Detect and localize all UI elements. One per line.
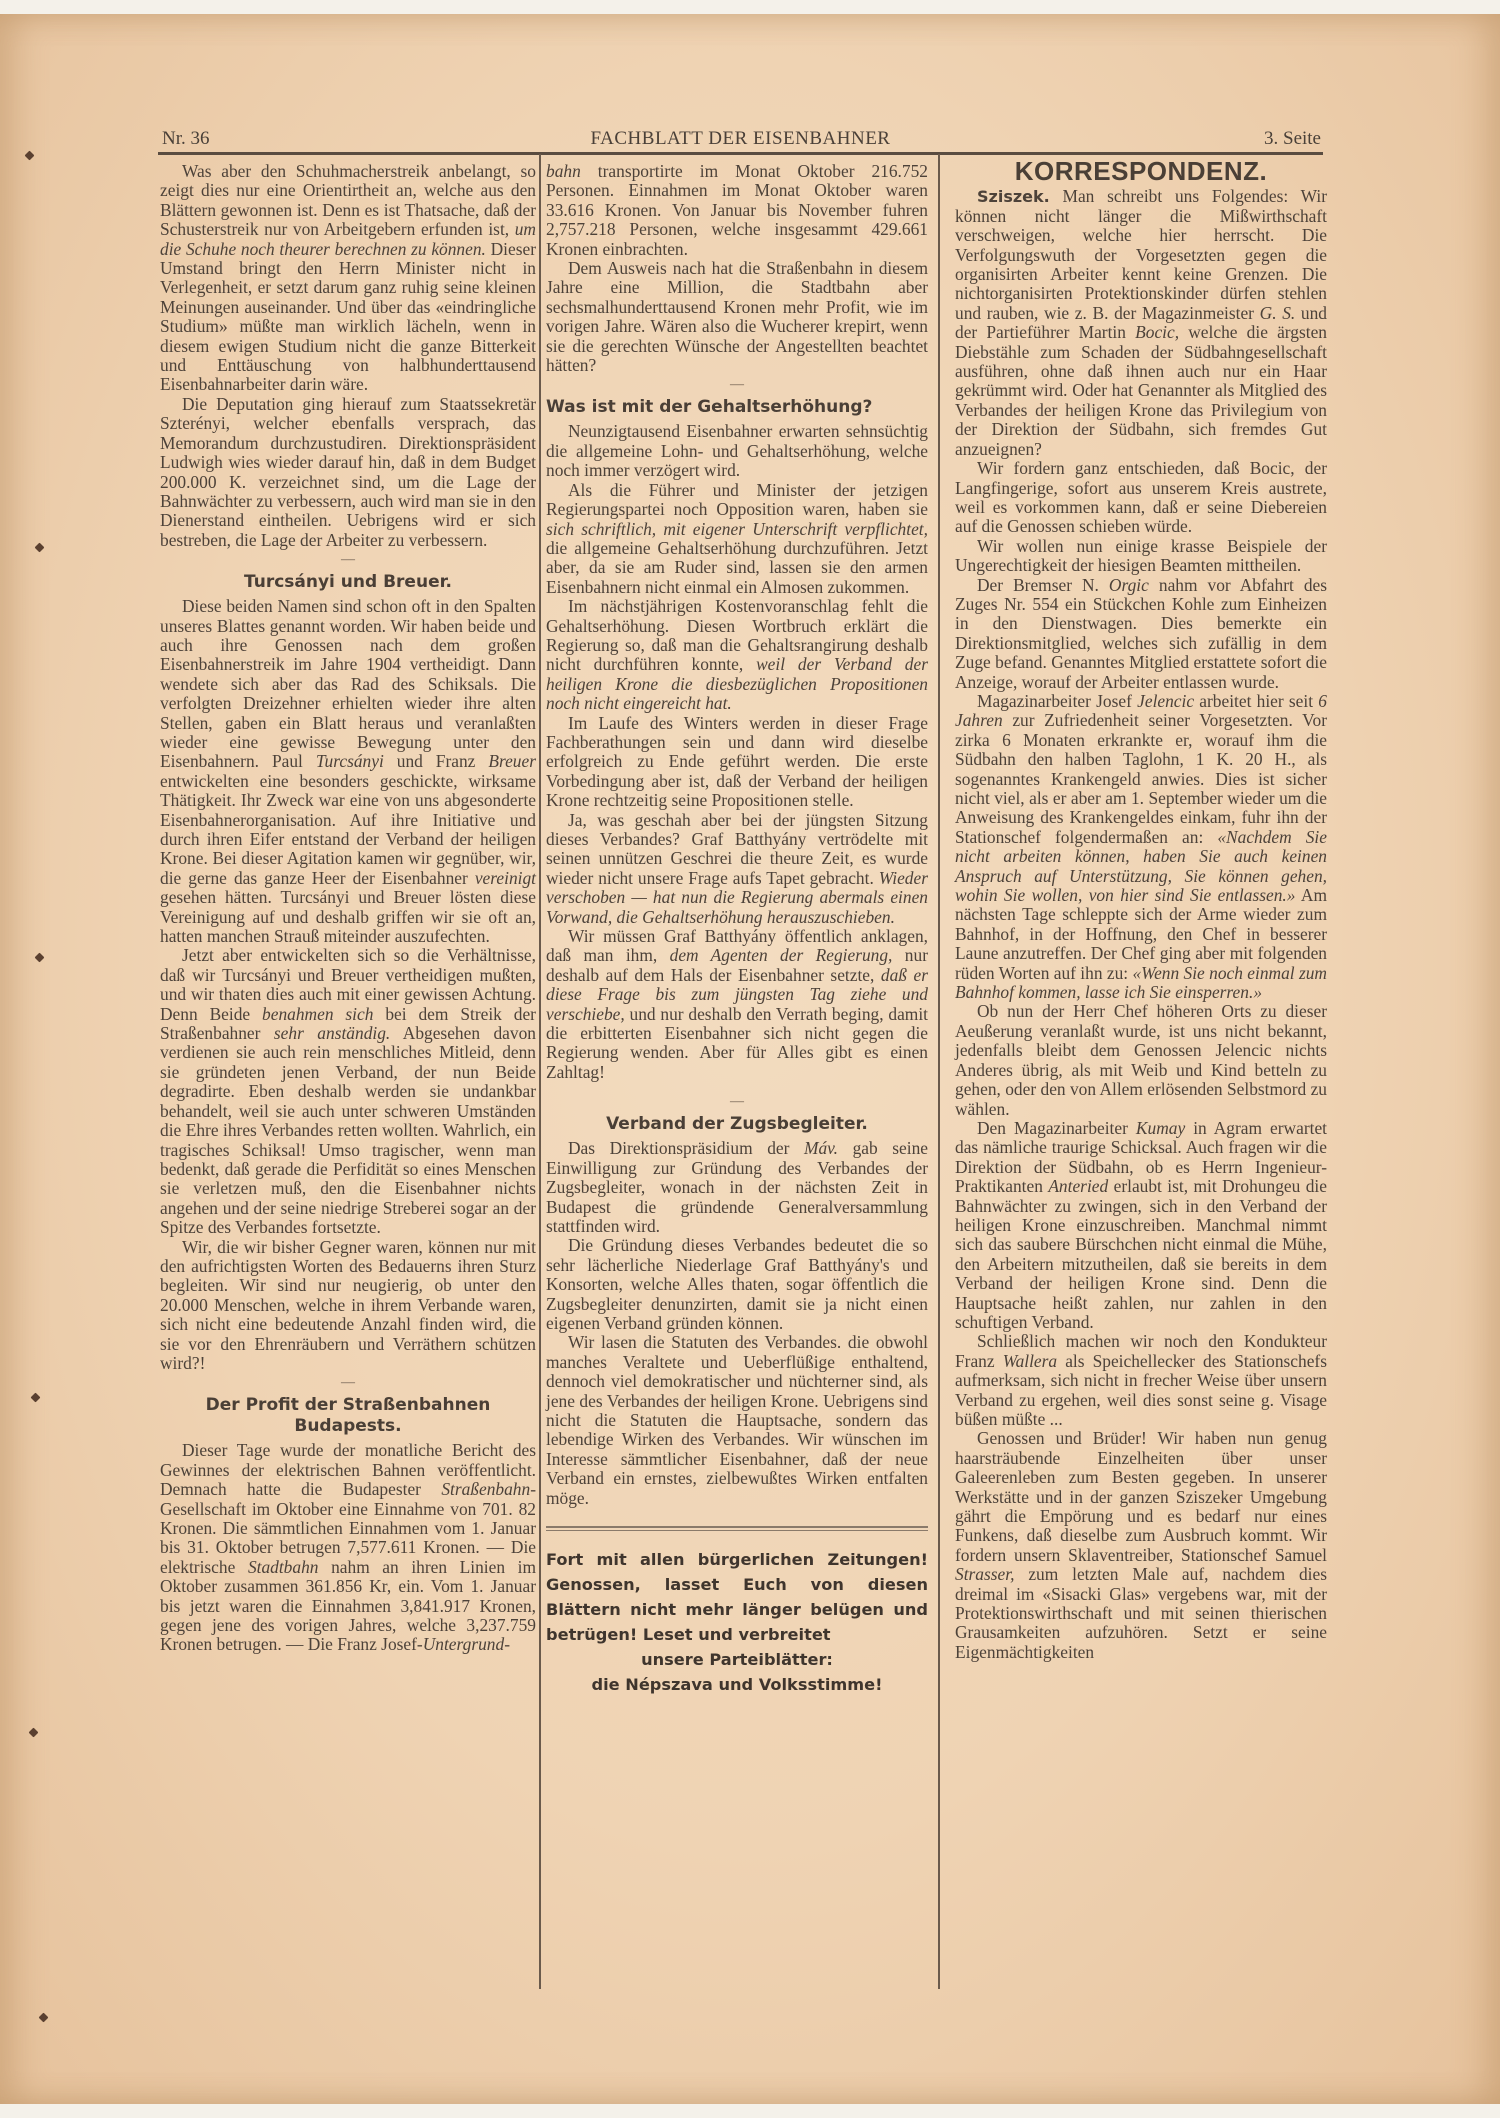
paragraph: Der Bremser N. Orgic nahm vor Abfahrt de… [955, 576, 1327, 692]
paragraph: Schließlich machen wir noch den Kondukte… [955, 1332, 1327, 1429]
paragraph: Dieser Tage wurde der monatliche Bericht… [160, 1441, 536, 1654]
paragraph: Wir müssen Graf Batthyány öffentlich ank… [546, 927, 928, 1082]
paragraph: Wir wollen nun einige krasse Beispiele d… [955, 537, 1327, 576]
page-header: Nr. 36 FACHBLATT DER EISENBAHNER 3. Seit… [158, 114, 1323, 148]
paragraph: Genossen und Brüder! Wir haben nun genug… [955, 1429, 1327, 1662]
paragraph: Ja, was geschah aber bei der jüngsten Si… [546, 811, 928, 927]
article-heading: Verband der Zugsbegleiter. [546, 1114, 928, 1135]
paragraph: Was aber den Schuhmacherstreik anbelangt… [160, 162, 536, 395]
paragraph: Ob nun der Herr Chef höheren Orts zu die… [955, 1002, 1327, 1118]
separator: — [160, 554, 536, 566]
dateline: Sziszek. [977, 187, 1050, 206]
binding-hole-mark [31, 1393, 41, 1403]
page-number: 3. Seite [1264, 128, 1321, 150]
article-heading: Turcsányi und Breuer. [160, 572, 536, 593]
paragraph: Den Magazinarbeiter Kumay in Agram erwar… [955, 1119, 1327, 1332]
binding-hole-mark [35, 543, 45, 553]
binding-hole-mark [25, 151, 35, 161]
column-divider [938, 154, 940, 1989]
paragraph: Wir lasen die Statuten des Verbandes. di… [546, 1333, 928, 1508]
paragraph: Magazinarbeiter Josef Jelencic arbeitet … [955, 692, 1327, 1003]
separator: — [160, 1377, 536, 1389]
newspaper-page: Nr. 36 FACHBLATT DER EISENBAHNER 3. Seit… [0, 14, 1500, 2104]
column-2: bahn transportirte im Monat Oktober 216.… [546, 162, 928, 1697]
paragraph: Sziszek. Man schreibt uns Folgendes: Wir… [955, 187, 1327, 459]
column-3: KORRESPONDENZ. Sziszek. Man schreibt uns… [955, 162, 1327, 1662]
appeal-text: unsere Parteiblätter: [546, 1647, 928, 1672]
section-heading: KORRESPONDENZ. [955, 162, 1327, 181]
paragraph: Im nächstjährigen Kostenvoranschlag fehl… [546, 597, 928, 713]
article-heading: Der Profit der Straßenbahnen Budapests. [160, 1395, 536, 1437]
paragraph: Die Gründung dieses Verbandes bedeutet d… [546, 1236, 928, 1333]
separator: — [546, 1096, 928, 1108]
column-1: Was aber den Schuhmacherstreik anbelangt… [160, 162, 536, 1655]
header-rule [158, 152, 1323, 155]
double-rule-divider [546, 1526, 928, 1531]
party-appeal-box: Fort mit allen bürgerlichen Zeitungen! G… [546, 1547, 928, 1697]
publication-title: FACHBLATT DER EISENBAHNER [158, 128, 1323, 150]
article-heading: Was ist mit der Gehaltserhöhung? [546, 397, 928, 418]
binding-hole-mark [35, 953, 45, 963]
paragraph: Die Deputation ging hierauf zum Staatsse… [160, 395, 536, 550]
appeal-text: die Népszava und Volksstimme! [546, 1672, 928, 1697]
column-divider [539, 154, 541, 1989]
binding-hole-mark [29, 1728, 39, 1738]
paragraph: Das Direktionspräsidium der Máv. gab sei… [546, 1139, 928, 1236]
paragraph: Als die Führer und Minister der jetzigen… [546, 481, 928, 597]
paragraph: Wir fordern ganz entschieden, daß Bocic,… [955, 459, 1327, 537]
paragraph: bahn transportirte im Monat Oktober 216.… [546, 162, 928, 259]
paragraph: Wir, die wir bisher Gegner waren, können… [160, 1238, 536, 1374]
paragraph: Neunzigtausend Eisenbahner erwarten sehn… [546, 422, 928, 480]
paragraph: Im Laufe des Winters werden in dieser Fr… [546, 714, 928, 811]
paragraph: Dem Ausweis nach hat die Straßenbahn in … [546, 259, 928, 375]
separator: — [546, 379, 928, 391]
binding-hole-mark [39, 2013, 49, 2023]
paragraph: Diese beiden Namen sind schon oft in den… [160, 597, 536, 946]
appeal-text: Fort mit allen bürgerlichen Zeitungen! G… [546, 1547, 928, 1647]
paragraph: Jetzt aber entwickelten sich so die Verh… [160, 946, 536, 1237]
